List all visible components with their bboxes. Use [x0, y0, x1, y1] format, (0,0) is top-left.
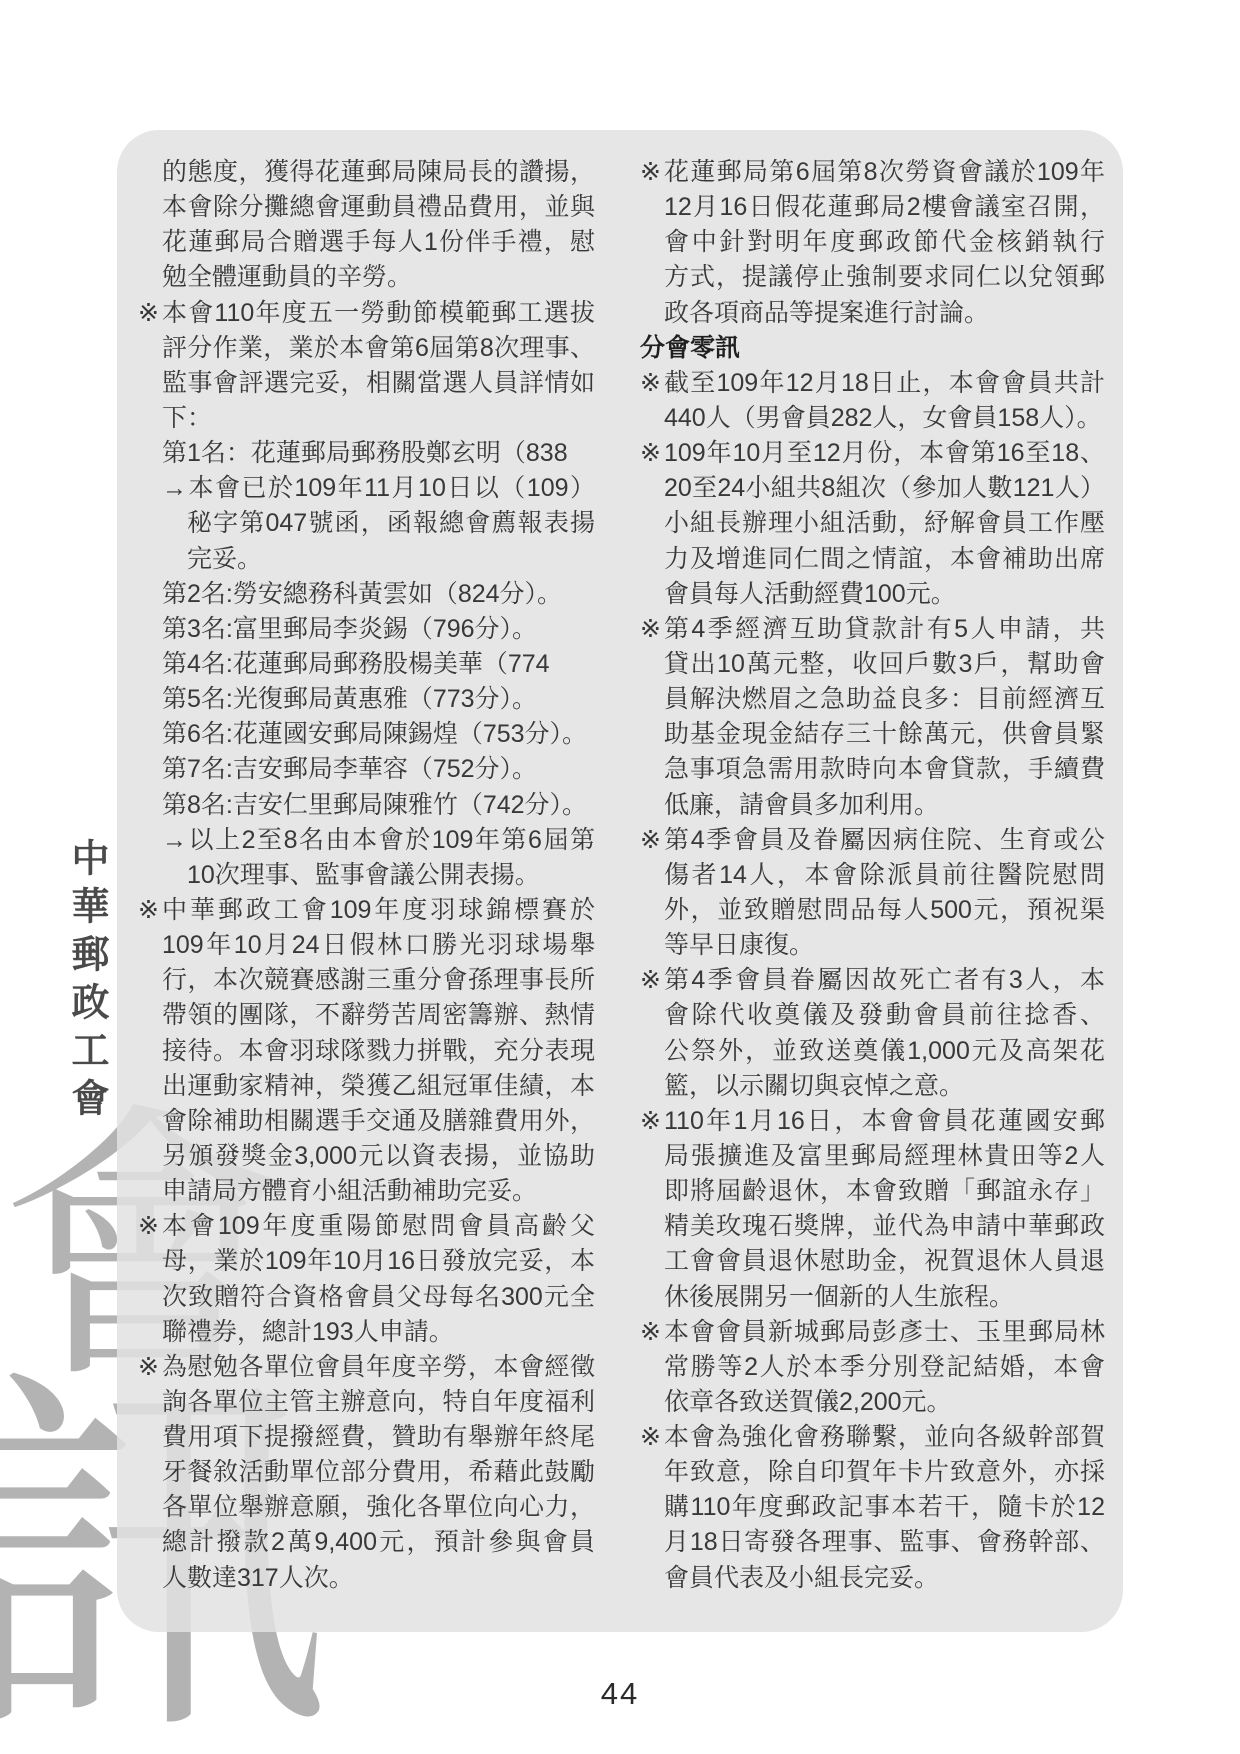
item-marker — [640, 647, 664, 682]
line-text: 接待。本會羽球隊戮力拼戰，充分表現 — [162, 1034, 595, 1069]
line-text: →本會已於109年11月10日以（109）花 — [162, 471, 595, 506]
line-text: 申請局方體育小組活動補助完妥。 — [162, 1174, 595, 1209]
line-text: 109年10月至12月份，本會第16至18、 — [664, 436, 1105, 471]
item-marker — [640, 1490, 664, 1525]
text-line: ※ 110年1月16日，本會會員花蓮國安郵 — [640, 1104, 1105, 1139]
item-marker — [138, 788, 162, 823]
item-marker — [138, 928, 162, 963]
item-marker — [138, 331, 162, 366]
text-line: 公祭外，並致送奠儀1,000元及高架花 — [640, 1034, 1105, 1069]
line-text: 行，本次競賽感謝三重分會孫理事長所 — [162, 963, 595, 998]
line-text: 為慰勉各單位會員年度辛勞，本會經徵 — [162, 1350, 595, 1385]
line-text: 第4季會員及眷屬因病住院、生育或公 — [664, 823, 1105, 858]
text-line: 接待。本會羽球隊戮力拼戰，充分表現 — [138, 1034, 595, 1069]
text-line: 聯禮券，總計193人申請。 — [138, 1315, 595, 1350]
item-marker — [640, 471, 664, 506]
text-line: 小組長辦理小組活動，紓解會員工作壓 — [640, 506, 1105, 541]
item-marker — [138, 577, 162, 612]
item-marker — [138, 612, 162, 647]
text-line: ※ 第4季經濟互助貸款計有5人申請，共 — [640, 612, 1105, 647]
line-text: 完妥。 — [162, 542, 595, 577]
line-text: 會除補助相關選手交通及膳雜費用外， — [162, 1104, 595, 1139]
line-text: 截至109年12月18日止，本會會員共計 — [664, 366, 1105, 401]
item-marker — [138, 1525, 162, 1560]
text-line: 完妥。 — [138, 542, 595, 577]
text-line: 監事會評選完妥，相關當選人員詳情如 — [138, 366, 595, 401]
line-text: 人數達317人次。 — [162, 1561, 595, 1596]
line-text: 依章各致送賀儀2,200元。 — [664, 1385, 1105, 1420]
line-text: 花蓮郵局合贈選手每人1份伴手禮，慰 — [162, 225, 595, 260]
item-marker: ※ — [640, 963, 664, 998]
item-marker — [640, 858, 664, 893]
line-text: 第4季會員眷屬因故死亡者有3人，本 — [664, 963, 1105, 998]
text-line: ※ 中華郵政工會109年度羽球錦標賽於 — [138, 893, 595, 928]
line-text: 帶領的團隊，不辭勞苦周密籌辦、熱情 — [162, 998, 595, 1033]
item-marker — [640, 190, 664, 225]
line-text: 詢各單位主管主辦意向，特自年度福利 — [162, 1385, 595, 1420]
text-line: 次致贈符合資格會員父母每名300元全 — [138, 1280, 595, 1315]
line-text: 母，業於109年10月16日發放完妥，本 — [162, 1244, 595, 1279]
line-text: 次致贈符合資格會員父母每名300元全 — [162, 1280, 595, 1315]
text-line: 另頒發獎金3,000元以資表揚，並協助 — [138, 1139, 595, 1174]
text-line: 方式，提議停止強制要求同仁以兌領郵 — [640, 260, 1105, 295]
line-text: 本會會員新城郵局彭彥士、玉里郵局林 — [664, 1315, 1105, 1350]
item-marker — [138, 1069, 162, 1104]
text-line: 440人（男會員282人，女會員158人）。 — [640, 401, 1105, 436]
item-marker: ※ — [138, 296, 162, 331]
item-marker: ※ — [640, 436, 664, 471]
text-line: 會員代表及小組長完妥。 — [640, 1561, 1105, 1596]
line-text: 110年1月16日，本會會員花蓮國安郵 — [664, 1104, 1105, 1139]
item-marker: ※ — [640, 1420, 664, 1455]
text-line: 費用項下提撥經費，贊助有舉辦年終尾 — [138, 1420, 595, 1455]
text-line: 人數達317人次。 — [138, 1561, 595, 1596]
line-text: 本會110年度五一勞動節模範郵工選拔 — [162, 296, 595, 331]
text-line: 休後展開另一個新的人生旅程。 — [640, 1280, 1105, 1315]
item-marker — [138, 190, 162, 225]
item-marker — [138, 1385, 162, 1420]
page-number: 44 — [0, 1676, 1240, 1712]
text-line: 即將屆齡退休，本會致贈「郵誼永存」 — [640, 1174, 1105, 1209]
line-text: 中華郵政工會109年度羽球錦標賽於 — [162, 893, 595, 928]
text-line: →以上2至8名由本會於109年第6屆第 — [138, 823, 595, 858]
text-line: ※ 第4季會員眷屬因故死亡者有3人，本 — [640, 963, 1105, 998]
item-marker — [138, 1315, 162, 1350]
item-marker: ※ — [640, 1315, 664, 1350]
item-marker — [640, 1385, 664, 1420]
line-text: 精美玫瑰石獎牌，並代為申請中華郵政 — [664, 1209, 1105, 1244]
line-text: 費用項下提撥經費，贊助有舉辦年終尾 — [162, 1420, 595, 1455]
text-line: ※ 第4季會員及眷屬因病住院、生育或公 — [640, 823, 1105, 858]
line-text: 第2名:勞安總務科黃雲如（824分）。 — [162, 577, 595, 612]
item-marker — [640, 998, 664, 1033]
text-line: 會中針對明年度郵政節代金核銷執行 — [640, 225, 1105, 260]
text-line: 常勝等2人於本季分別登記結婚，本會 — [640, 1350, 1105, 1385]
line-text: →以上2至8名由本會於109年第6屆第 — [162, 823, 595, 858]
text-line: 第2名:勞安總務科黃雲如（824分）。 — [138, 577, 595, 612]
item-marker — [640, 1525, 664, 1560]
line-text: 第4名:花蓮郵局郵務股楊美華（774分）。 — [162, 647, 595, 682]
right-text-column: ※ 花蓮郵局第6屆第8次勞資會議於109年 12月16日假花蓮郵局2樓會議室召開… — [640, 155, 1105, 1596]
item-marker — [640, 682, 664, 717]
line-text: 另頒發獎金3,000元以資表揚，並協助 — [162, 1139, 595, 1174]
line-text: 助基金現金結存三十餘萬元，供會員緊 — [664, 717, 1105, 752]
text-line: 第5名:光復郵局黃惠雅（773分）。 — [138, 682, 595, 717]
text-line: 牙餐敘活動單位部分費用，希藉此鼓勵 — [138, 1455, 595, 1490]
text-line: ※ 109年10月至12月份，本會第16至18、 — [640, 436, 1105, 471]
text-line: 行，本次競賽感謝三重分會孫理事長所 — [138, 963, 595, 998]
line-text: 20至24小組共8組次（參加人數121人） — [664, 471, 1105, 506]
item-marker — [138, 1561, 162, 1596]
line-text: 勉全體運動員的辛勞。 — [162, 260, 595, 295]
item-marker — [640, 260, 664, 295]
item-marker — [640, 577, 664, 612]
item-marker — [640, 1209, 664, 1244]
item-marker — [138, 506, 162, 541]
line-text: 評分作業，業於本會第6屆第8次理事、 — [162, 331, 595, 366]
text-line: 低廉，請會員多加利用。 — [640, 788, 1105, 823]
text-line: 詢各單位主管主辦意向，特自年度福利 — [138, 1385, 595, 1420]
line-text: 購110年度郵政記事本若干，隨卡於12 — [664, 1490, 1105, 1525]
item-marker — [138, 436, 162, 471]
line-text: 會中針對明年度郵政節代金核銷執行 — [664, 225, 1105, 260]
left-text-column: 的態度，獲得花蓮郵局陳局長的讚揚， 本會除分攤總會運動員禮品費用，並與 花蓮郵局… — [138, 155, 595, 1596]
line-text: 會除代收奠儀及發動會員前往捻香、 — [664, 998, 1105, 1033]
text-line: ※ 本會會員新城郵局彭彥士、玉里郵局林 — [640, 1315, 1105, 1350]
text-line: 分會零訊 — [640, 331, 1105, 366]
text-line: 第1名：花蓮郵局郵務股鄭玄明（838分）。 — [138, 436, 595, 471]
text-line: 會除補助相關選手交通及膳雜費用外， — [138, 1104, 595, 1139]
text-line: 貸出10萬元整，收回戶數3戶，幫助會 — [640, 647, 1105, 682]
text-line: ※ 花蓮郵局第6屆第8次勞資會議於109年 — [640, 155, 1105, 190]
item-marker — [138, 858, 162, 893]
line-text: 急事項急需用款時向本會貸款，手續費 — [664, 752, 1105, 787]
text-line: 會除代收奠儀及發動會員前往捻香、 — [640, 998, 1105, 1033]
item-marker — [138, 542, 162, 577]
text-line: 局張擴進及富里郵局經理林貴田等2人 — [640, 1139, 1105, 1174]
item-marker — [138, 752, 162, 787]
text-line: ※ 截至109年12月18日止，本會會員共計 — [640, 366, 1105, 401]
text-line: 各單位舉辦意願，強化各單位向心力， — [138, 1490, 595, 1525]
sidebar-vertical-title: 中華郵政工會 — [60, 838, 115, 1126]
line-text: 方式，提議停止強制要求同仁以兌領郵 — [664, 260, 1105, 295]
item-marker — [640, 296, 664, 331]
text-line: 評分作業，業於本會第6屆第8次理事、 — [138, 331, 595, 366]
line-text: 10次理事、監事會議公開表揚。 — [162, 858, 595, 893]
line-text: 小組長辦理小組活動，紓解會員工作壓 — [664, 506, 1105, 541]
item-marker — [640, 1139, 664, 1174]
text-line: 工會會員退休慰助金，祝賀退休人員退 — [640, 1244, 1105, 1279]
item-marker — [138, 260, 162, 295]
item-marker — [138, 366, 162, 401]
line-text: 年致意，除自印賀年卡片致意外，亦採 — [664, 1455, 1105, 1490]
text-line: 下： — [138, 401, 595, 436]
line-text: 低廉，請會員多加利用。 — [664, 788, 1105, 823]
item-marker: ※ — [640, 1104, 664, 1139]
item-marker — [138, 1280, 162, 1315]
line-text: 籃，以示關切與哀悼之意。 — [664, 1069, 1105, 1104]
text-line: 第4名:花蓮郵局郵務股楊美華（774分）。 — [138, 647, 595, 682]
item-marker — [640, 401, 664, 436]
item-marker — [138, 1490, 162, 1525]
line-text: 聯禮券，總計193人申請。 — [162, 1315, 595, 1350]
line-text: 109年10月24日假林口勝光羽球場舉 — [162, 928, 595, 963]
text-line: 的態度，獲得花蓮郵局陳局長的讚揚， — [138, 155, 595, 190]
item-marker — [640, 928, 664, 963]
text-line: 秘字第047號函，函報總會薦報表揚 — [138, 506, 595, 541]
item-marker — [138, 225, 162, 260]
text-line: ※ 本會110年度五一勞動節模範郵工選拔 — [138, 296, 595, 331]
line-text: 監事會評選完妥，相關當選人員詳情如 — [162, 366, 595, 401]
line-text: 出運動家精神，榮獲乙組冠軍佳績，本 — [162, 1069, 595, 1104]
item-marker — [640, 506, 664, 541]
item-marker — [138, 471, 162, 506]
text-line: 外，並致贈慰問品每人500元，預祝渠 — [640, 893, 1105, 928]
text-line: 第8名:吉安仁里郵局陳雅竹（742分）。 — [138, 788, 595, 823]
text-line: ※ 本會為強化會務聯繫，並向各級幹部賀 — [640, 1420, 1105, 1455]
line-text: 休後展開另一個新的人生旅程。 — [664, 1280, 1105, 1315]
text-line: 勉全體運動員的辛勞。 — [138, 260, 595, 295]
item-marker — [640, 1561, 664, 1596]
text-line: 購110年度郵政記事本若干，隨卡於12 — [640, 1490, 1105, 1525]
item-marker: ※ — [138, 893, 162, 928]
item-marker — [640, 225, 664, 260]
item-marker: ※ — [640, 155, 664, 190]
item-marker: ※ — [640, 612, 664, 647]
line-text: 440人（男會員282人，女會員158人）。 — [664, 401, 1105, 436]
item-marker — [138, 1139, 162, 1174]
text-line: 花蓮郵局合贈選手每人1份伴手禮，慰 — [138, 225, 595, 260]
item-marker — [640, 788, 664, 823]
line-text: 會員代表及小組長完妥。 — [664, 1561, 1105, 1596]
text-line: 月18日寄發各理事、監事、會務幹部、 — [640, 1525, 1105, 1560]
item-marker: ※ — [138, 1209, 162, 1244]
item-marker — [138, 1420, 162, 1455]
item-marker — [138, 1174, 162, 1209]
text-line: 年致意，除自印賀年卡片致意外，亦採 — [640, 1455, 1105, 1490]
text-line: 12月16日假花蓮郵局2樓會議室召開， — [640, 190, 1105, 225]
item-marker — [640, 1034, 664, 1069]
line-text: 第3名:富里郵局李炎錫（796分）。 — [162, 612, 595, 647]
line-text: 第4季經濟互助貸款計有5人申請，共 — [664, 612, 1105, 647]
item-marker — [138, 1104, 162, 1139]
line-text: 政各項商品等提案進行討論。 — [664, 296, 1105, 331]
item-marker — [138, 963, 162, 998]
line-text: 第1名：花蓮郵局郵務股鄭玄明（838分）。 — [162, 436, 595, 471]
line-text: 傷者14人，本會除派員前往醫院慰問 — [664, 858, 1105, 893]
item-marker — [138, 155, 162, 190]
text-line: 10次理事、監事會議公開表揚。 — [138, 858, 595, 893]
item-marker: ※ — [138, 1350, 162, 1385]
text-line: →本會已於109年11月10日以（109）花 — [138, 471, 595, 506]
line-text: 第7名:吉安郵局李華容（752分）。 — [162, 752, 595, 787]
line-text: 的態度，獲得花蓮郵局陳局長的讚揚， — [162, 155, 595, 190]
item-marker — [640, 542, 664, 577]
item-marker — [138, 717, 162, 752]
line-text: 局張擴進及富里郵局經理林貴田等2人 — [664, 1139, 1105, 1174]
line-text: 各單位舉辦意願，強化各單位向心力， — [162, 1490, 595, 1525]
text-line: 母，業於109年10月16日發放完妥，本 — [138, 1244, 595, 1279]
item-marker — [138, 1455, 162, 1490]
line-text: 會員每人活動經費100元。 — [664, 577, 1105, 612]
item-marker — [138, 682, 162, 717]
newsletter-page: 會 訊 中華郵政工會 的態度，獲得花蓮郵局陳局長的讚揚， 本會除分攤總會運動員禮… — [0, 0, 1240, 1754]
item-marker — [138, 1034, 162, 1069]
line-text: 第8名:吉安仁里郵局陳雅竹（742分）。 — [162, 788, 595, 823]
text-line: 傷者14人，本會除派員前往醫院慰問 — [640, 858, 1105, 893]
text-line: 第7名:吉安郵局李華容（752分）。 — [138, 752, 595, 787]
text-line: 力及增進同仁間之情誼，本會補助出席 — [640, 542, 1105, 577]
line-text: 分會零訊 — [640, 331, 1105, 366]
text-line: 本會除分攤總會運動員禮品費用，並與 — [138, 190, 595, 225]
line-text: 第6名:花蓮國安郵局陳錫煌（753分）。 — [162, 717, 595, 752]
item-marker — [640, 1244, 664, 1279]
line-text: 12月16日假花蓮郵局2樓會議室召開， — [664, 190, 1105, 225]
line-text: 下： — [162, 401, 595, 436]
line-text: 秘字第047號函，函報總會薦報表揚 — [162, 506, 595, 541]
text-line: 帶領的團隊，不辭勞苦周密籌辦、熱情 — [138, 998, 595, 1033]
text-line: 助基金現金結存三十餘萬元，供會員緊 — [640, 717, 1105, 752]
text-line: 申請局方體育小組活動補助完妥。 — [138, 1174, 595, 1209]
text-line: 第6名:花蓮國安郵局陳錫煌（753分）。 — [138, 717, 595, 752]
item-marker — [138, 998, 162, 1033]
text-line: 109年10月24日假林口勝光羽球場舉 — [138, 928, 595, 963]
line-text: 貸出10萬元整，收回戶數3戶，幫助會 — [664, 647, 1105, 682]
line-text: 等早日康復。 — [664, 928, 1105, 963]
line-text: 公祭外，並致送奠儀1,000元及高架花 — [664, 1034, 1105, 1069]
line-text: 力及增進同仁間之情誼，本會補助出席 — [664, 542, 1105, 577]
item-marker — [640, 1174, 664, 1209]
line-text: 牙餐敘活動單位部分費用，希藉此鼓勵 — [162, 1455, 595, 1490]
line-text: 第5名:光復郵局黃惠雅（773分）。 — [162, 682, 595, 717]
line-text: 即將屆齡退休，本會致贈「郵誼永存」 — [664, 1174, 1105, 1209]
text-line: 依章各致送賀儀2,200元。 — [640, 1385, 1105, 1420]
line-text: 外，並致贈慰問品每人500元，預祝渠 — [664, 893, 1105, 928]
line-text: 總計撥款2萬9,400元，預計參與會員 — [162, 1525, 595, 1560]
item-marker: ※ — [640, 366, 664, 401]
item-marker — [640, 1455, 664, 1490]
line-text: 常勝等2人於本季分別登記結婚，本會 — [664, 1350, 1105, 1385]
item-marker — [640, 893, 664, 928]
line-text: 工會會員退休慰助金，祝賀退休人員退 — [664, 1244, 1105, 1279]
item-marker — [640, 1069, 664, 1104]
text-line: 出運動家精神，榮獲乙組冠軍佳績，本 — [138, 1069, 595, 1104]
text-line: 籃，以示關切與哀悼之意。 — [640, 1069, 1105, 1104]
item-marker: ※ — [640, 823, 664, 858]
text-line: 等早日康復。 — [640, 928, 1105, 963]
text-line: 20至24小組共8組次（參加人數121人） — [640, 471, 1105, 506]
item-marker — [640, 752, 664, 787]
text-line: 政各項商品等提案進行討論。 — [640, 296, 1105, 331]
line-text: 花蓮郵局第6屆第8次勞資會議於109年 — [664, 155, 1105, 190]
text-line: ※ 本會109年度重陽節慰問會員高齡父 — [138, 1209, 595, 1244]
text-line: 急事項急需用款時向本會貸款，手續費 — [640, 752, 1105, 787]
item-marker — [138, 647, 162, 682]
item-marker — [138, 823, 162, 858]
item-marker — [138, 401, 162, 436]
line-text: 本會除分攤總會運動員禮品費用，並與 — [162, 190, 595, 225]
item-marker — [640, 1280, 664, 1315]
text-line: 員解決燃眉之急助益良多：目前經濟互 — [640, 682, 1105, 717]
text-line: 總計撥款2萬9,400元，預計參與會員 — [138, 1525, 595, 1560]
text-line: 會員每人活動經費100元。 — [640, 577, 1105, 612]
text-line: 精美玫瑰石獎牌，並代為申請中華郵政 — [640, 1209, 1105, 1244]
item-marker — [640, 1350, 664, 1385]
line-text: 本會為強化會務聯繫，並向各級幹部賀 — [664, 1420, 1105, 1455]
item-marker — [640, 717, 664, 752]
text-line: ※ 為慰勉各單位會員年度辛勞，本會經徵 — [138, 1350, 595, 1385]
line-text: 員解決燃眉之急助益良多：目前經濟互 — [664, 682, 1105, 717]
item-marker — [138, 1244, 162, 1279]
line-text: 本會109年度重陽節慰問會員高齡父 — [162, 1209, 595, 1244]
text-line: 第3名:富里郵局李炎錫（796分）。 — [138, 612, 595, 647]
line-text: 月18日寄發各理事、監事、會務幹部、 — [664, 1525, 1105, 1560]
